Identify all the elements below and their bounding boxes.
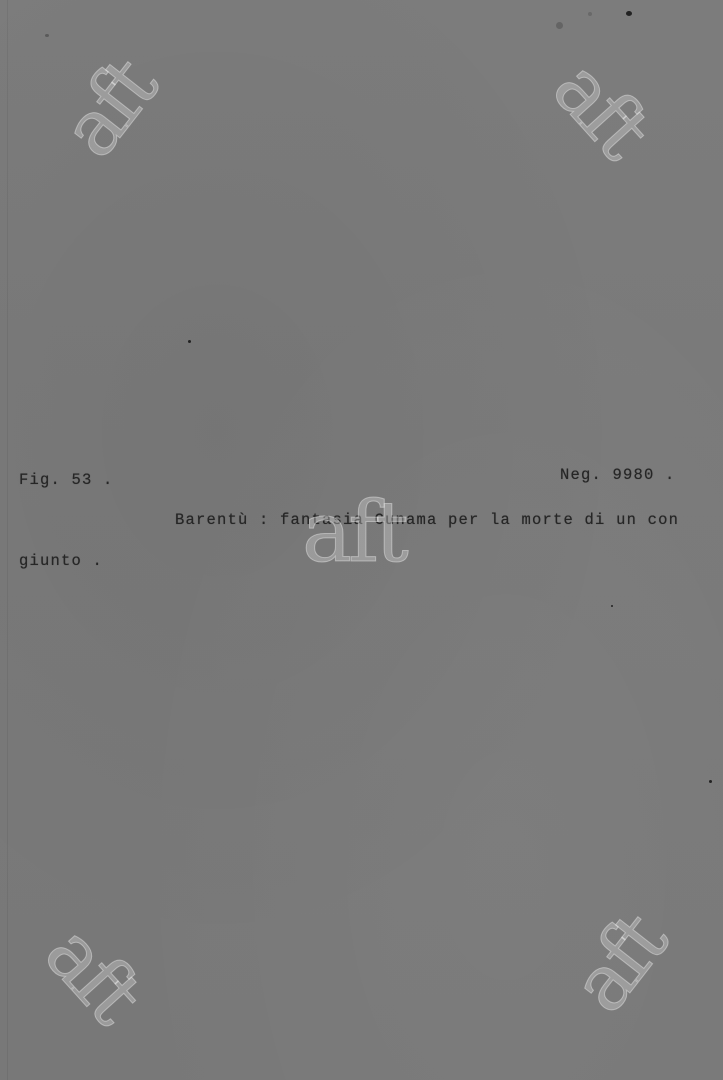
watermark-top-left: aft — [49, 48, 169, 171]
watermark-top-right: aft — [540, 48, 661, 171]
dust-speck — [588, 12, 592, 16]
watermark-bottom-right: aft — [559, 903, 679, 1026]
figure-label: Fig. 53 . — [19, 471, 114, 489]
watermark-center: aft — [302, 490, 405, 574]
dust-speck — [626, 11, 632, 16]
dust-speck — [45, 34, 49, 37]
caption-line-1: Barentù : fantasia Cunama per la morte d… — [175, 511, 679, 529]
scanned-page: aft aft aft aft Fig. 53 . Neg. 9980 . Ba… — [0, 0, 723, 1080]
dust-speck — [556, 22, 563, 29]
dust-speck — [188, 340, 191, 343]
page-edge — [7, 0, 8, 1080]
watermark-bottom-left: aft — [32, 913, 153, 1036]
negative-number: Neg. 9980 . — [560, 466, 676, 484]
dust-speck — [709, 780, 712, 783]
dust-speck — [611, 605, 613, 607]
caption-line-2: giunto . — [19, 552, 103, 570]
